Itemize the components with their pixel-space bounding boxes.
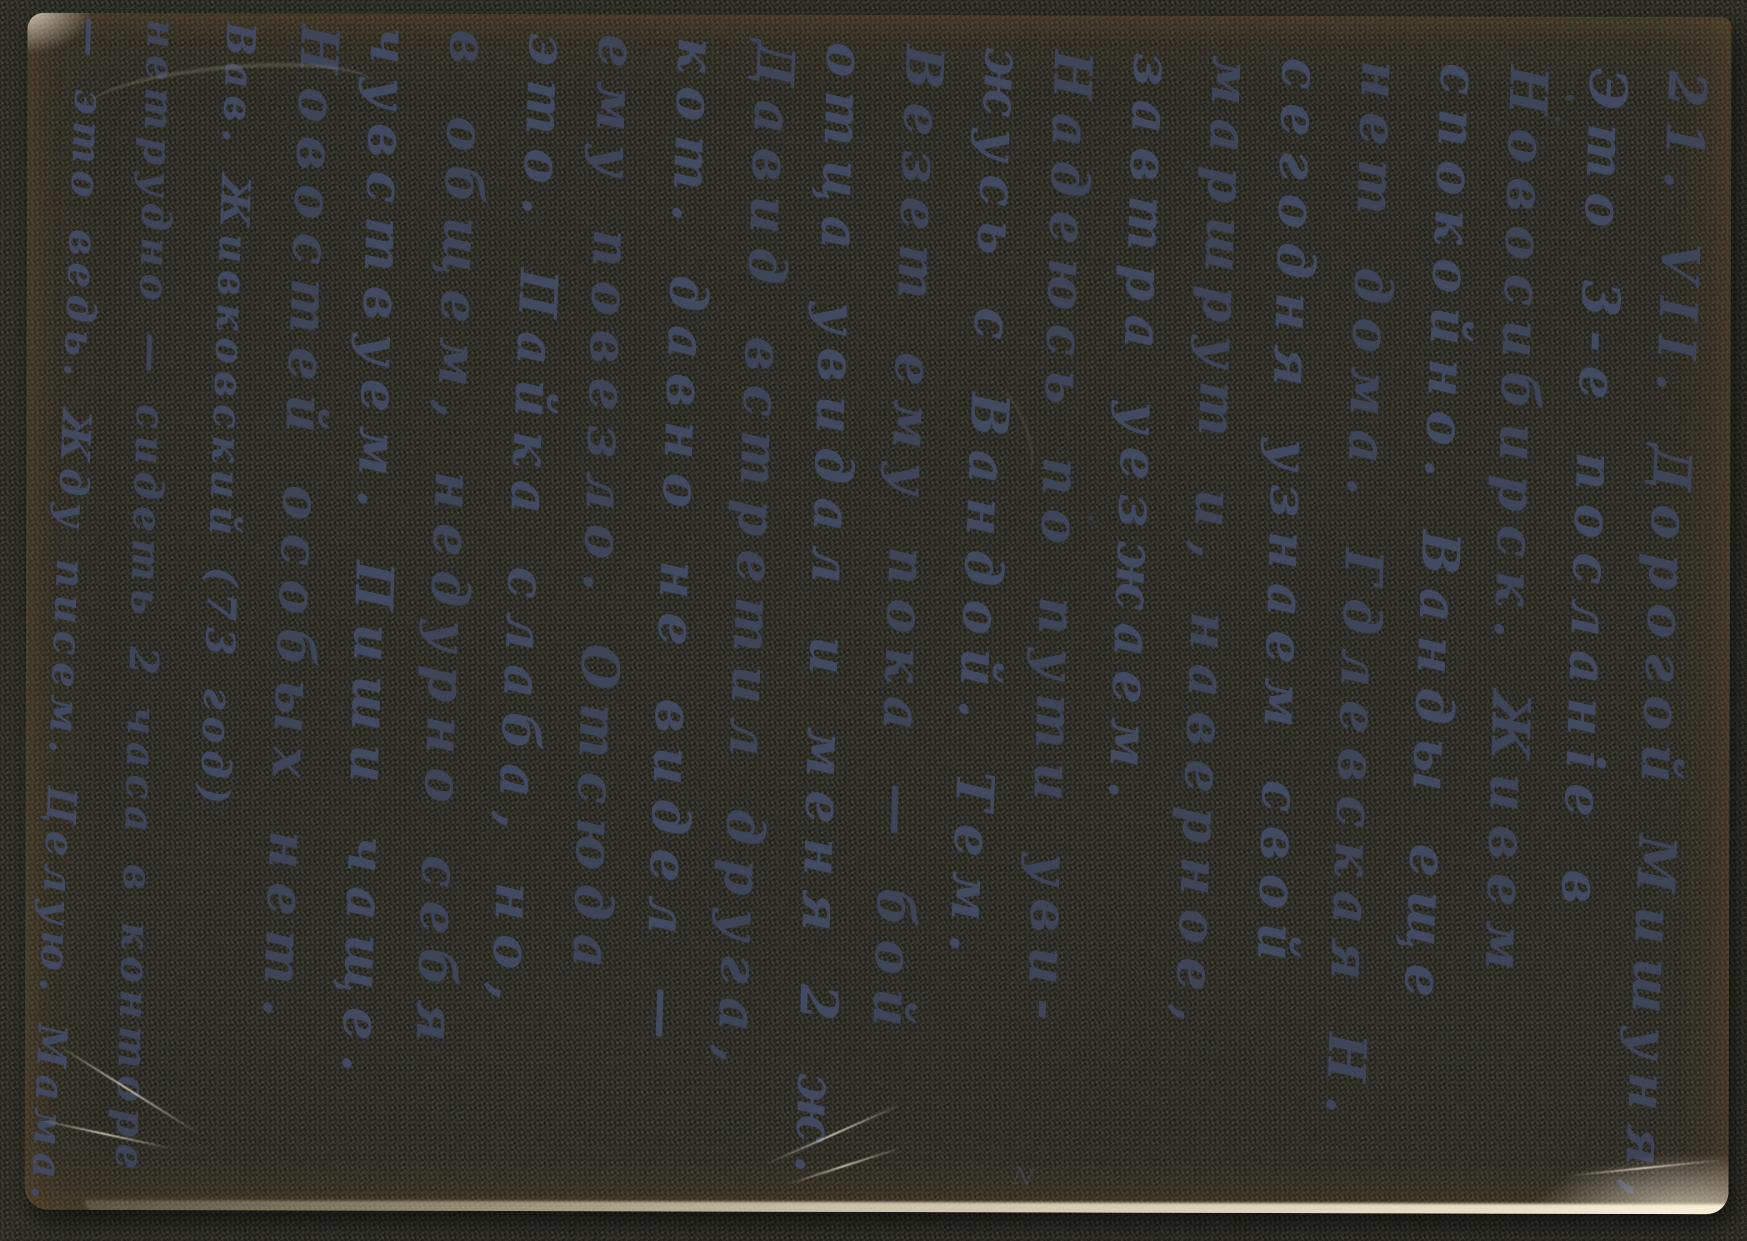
pencil-n-mark: N — [1011, 1162, 1036, 1193]
ink-smudge — [1565, 95, 1574, 101]
rotated-writing-area: 21. VII. Дорогой Мишуня,Это 3-е посланіе… — [24, 14, 1721, 1214]
postcard: 21. VII. Дорогой Мишуня,Это 3-е посланіе… — [24, 13, 1731, 1214]
ink-smudge — [586, 486, 593, 491]
worn-corner — [24, 13, 93, 55]
ink-smudge — [1088, 516, 1094, 521]
handwritten-text: 21. VII. Дорогой Мишуня,Это 3-е посланіе… — [24, 15, 1721, 1214]
scan-background: 21. VII. Дорогой Мишуня,Это 3-е посланіе… — [0, 0, 1747, 1241]
ink-smudge — [1555, 117, 1560, 122]
ink-smudge — [271, 853, 283, 862]
